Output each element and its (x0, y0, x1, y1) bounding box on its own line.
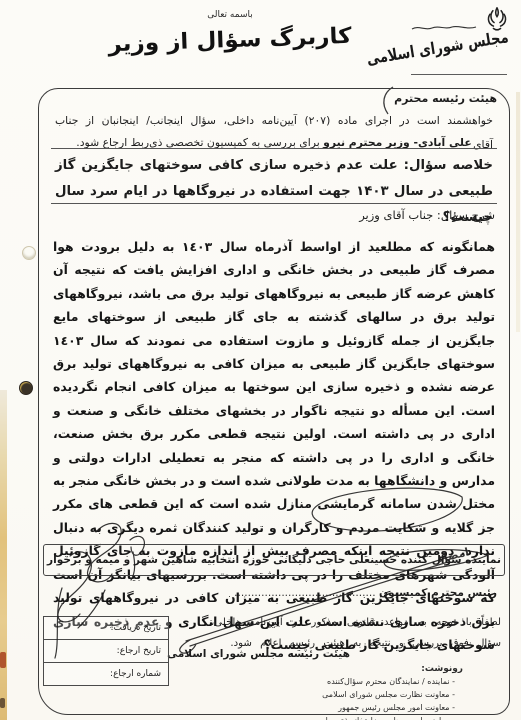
referral-date-table: تاریخ دریافت: تاریخ ارجاع: شماره ارجاع: (43, 616, 169, 686)
board-signoff: هیئت رئیسه مجلس شورای اسلامی (151, 648, 366, 660)
scanned-document-page: باسمه تعالی کاربرگ سؤال از وزیر مجلس شور… (0, 0, 521, 720)
minister-line: علی آبادی- وزیر محترم نیرو برای بررسی به… (55, 132, 493, 154)
requester-text: نماینده سوال کننده حسینعلی حاجی دلیگانی … (47, 554, 501, 566)
commission-heading: رئیس محترم کمیسیون .....................… (234, 587, 497, 599)
scan-edge-spot (0, 652, 6, 668)
form-main-box: هیئت رئیسه محترم خواهشمند است در اجرای م… (38, 88, 510, 715)
date-referred-field: تاریخ ارجاع: (44, 640, 168, 663)
copies-item: - معاونت امور مجلس رئیس جمهور (233, 701, 463, 714)
copies-heading: رونوشت: (233, 664, 463, 674)
question-description-label: شرح سؤال: جناب آقای وزیر (359, 208, 495, 222)
section-divider (51, 148, 497, 149)
document-header: باسمه تعالی کاربرگ سؤال از وزیر (95, 10, 365, 53)
bismillah-text: باسمه تعالی (95, 10, 365, 20)
page-title: کاربرگ سؤال از وزیر (88, 23, 372, 58)
scan-edge-strip-right (516, 92, 520, 332)
commission-heading-text: رئیس محترم کمیسیون (379, 587, 497, 599)
scan-edge-strip-left (0, 390, 7, 720)
copies-item: - معاونت امور مجلس وزارتخانه ذی‌ربط (233, 714, 463, 720)
copies-item: - نماینده / نمایندگان محترم سؤال‌کننده (233, 675, 463, 688)
requester-row: نماینده سوال کننده حسینعلی حاجی دلیگانی … (43, 544, 505, 576)
majlis-logo-text: مجلس شورای اسلامی (408, 28, 510, 62)
referral-number-field: شماره ارجاع: (44, 663, 168, 685)
copies-item: - معاونت نظارت مجلس شورای اسلامی (233, 688, 463, 701)
punch-hole (19, 381, 33, 395)
section-divider (51, 203, 497, 204)
copies-list: رونوشت: - نماینده / نمایندگان محترم سؤال… (233, 664, 463, 720)
question-body-text: همانگونه که مطلعید از اواسط آذرماه سال ١… (53, 235, 495, 540)
punch-hole (22, 246, 36, 260)
commission-instruction-line1: لطفاً با توجه به مواعد قانونی مذکور در آ… (211, 617, 501, 628)
board-heading: هیئت رئیسه محترم (394, 92, 497, 105)
question-summary-label: خلاصه سؤال: (404, 158, 493, 173)
date-received-field: تاریخ دریافت: (44, 617, 168, 640)
scan-edge-spot (0, 698, 5, 708)
majlis-logo: مجلس شورای اسلامی (409, 6, 509, 53)
dotted-leader: ........................................… (234, 587, 375, 599)
logo-divider (411, 74, 507, 75)
logo-subtitle-flourish (409, 24, 479, 32)
